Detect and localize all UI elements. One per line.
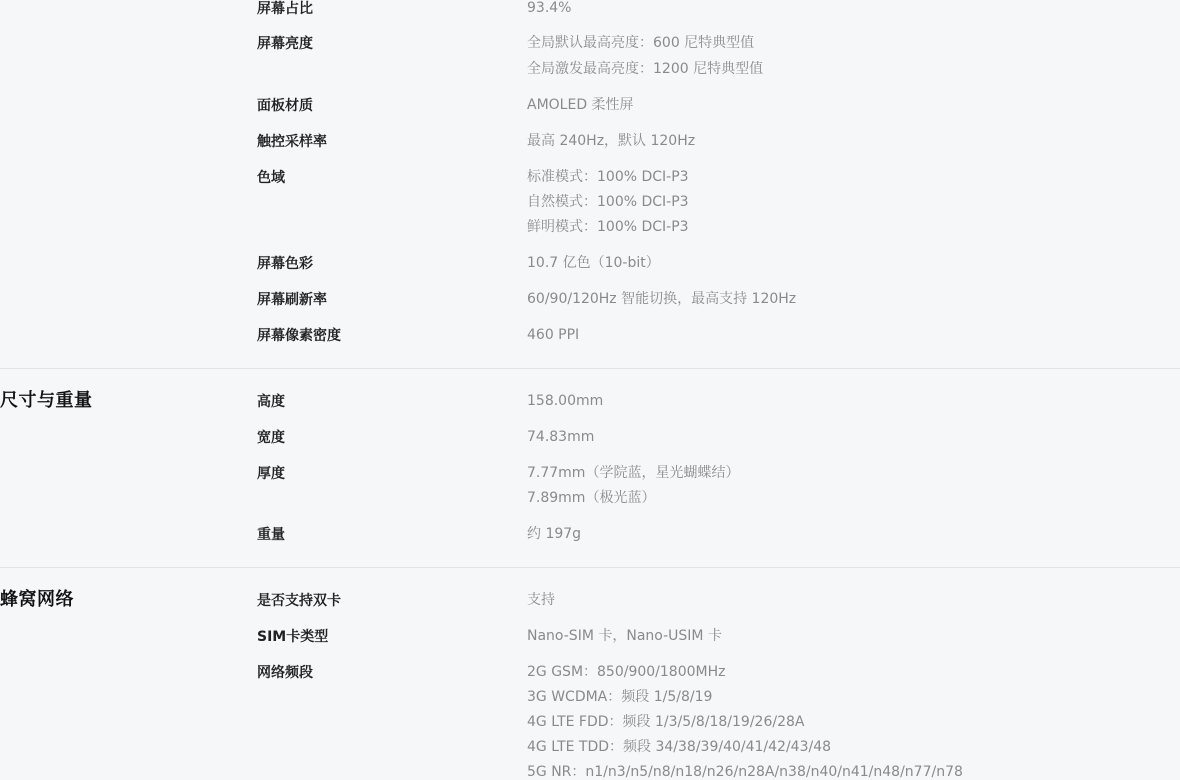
- spec-values: 74.83mm: [527, 429, 594, 450]
- spec-label: SIM卡类型: [257, 628, 328, 646]
- spec-value: Nano-SIM 卡，Nano-USIM 卡: [527, 624, 722, 649]
- spec-value: 全局默认最高亮度：600 尼特典型值: [527, 31, 763, 56]
- spec-value: 4G LTE FDD：频段 1/3/5/8/18/19/26/28A: [527, 710, 963, 735]
- spec-value: 2G GSM：850/900/1800MHz: [527, 660, 963, 685]
- spec-value: AMOLED 柔性屏: [527, 93, 634, 118]
- spec-value: 3G WCDMA：频段 1/5/8/19: [527, 685, 963, 710]
- spec-label: 面板材质: [257, 97, 313, 115]
- spec-label: 屏幕占比: [257, 0, 313, 18]
- spec-label: 厚度: [257, 465, 285, 483]
- section-title-cellular: 蜂窝网络: [0, 588, 74, 612]
- spec-values: 7.77mm（学院蓝，星光蝴蝶结） 7.89mm（极光蓝）: [527, 465, 739, 511]
- section-divider: [0, 567, 1180, 568]
- spec-values: 最高 240Hz，默认 120Hz: [527, 133, 695, 154]
- spec-label: 重量: [257, 526, 285, 544]
- spec-values: AMOLED 柔性屏: [527, 97, 634, 118]
- spec-label: 高度: [257, 393, 285, 411]
- spec-value: 7.77mm（学院蓝，星光蝴蝶结）: [527, 461, 739, 486]
- spec-value: 93.4%: [527, 0, 571, 21]
- spec-label: 色域: [257, 169, 285, 187]
- spec-label: 宽度: [257, 429, 285, 447]
- spec-value: 支持: [527, 588, 555, 613]
- spec-page: 屏幕占比 93.4% 屏幕亮度 全局默认最高亮度：600 尼特典型值 全局激发最…: [0, 0, 1180, 780]
- spec-values: 2G GSM：850/900/1800MHz 3G WCDMA：频段 1/5/8…: [527, 664, 963, 780]
- section-title-size-weight: 尺寸与重量: [0, 389, 93, 413]
- spec-label: 屏幕刷新率: [257, 291, 327, 309]
- spec-values: 10.7 亿色（10-bit）: [527, 255, 660, 276]
- spec-label: 屏幕色彩: [257, 255, 313, 273]
- spec-value: 约 197g: [527, 522, 581, 547]
- spec-value: 标准模式：100% DCI-P3: [527, 165, 689, 190]
- spec-values: 158.00mm: [527, 393, 603, 414]
- spec-value: 自然模式：100% DCI-P3: [527, 190, 689, 215]
- spec-value: 60/90/120Hz 智能切换，最高支持 120Hz: [527, 287, 796, 312]
- spec-value: 460 PPI: [527, 323, 579, 348]
- spec-label: 是否支持双卡: [257, 592, 341, 610]
- spec-value: 7.89mm（极光蓝）: [527, 486, 739, 511]
- spec-label: 屏幕亮度: [257, 35, 313, 53]
- spec-value: 5G NR：n1/n3/n5/n8/n18/n26/n28A/n38/n40/n…: [527, 760, 963, 780]
- spec-values: 支持: [527, 592, 555, 613]
- spec-values: 标准模式：100% DCI-P3 自然模式：100% DCI-P3 鲜明模式：1…: [527, 169, 689, 240]
- spec-values: Nano-SIM 卡，Nano-USIM 卡: [527, 628, 722, 649]
- spec-value: 最高 240Hz，默认 120Hz: [527, 129, 695, 154]
- spec-values: 460 PPI: [527, 327, 579, 348]
- spec-value: 4G LTE TDD：频段 34/38/39/40/41/42/43/48: [527, 735, 963, 760]
- spec-label: 屏幕像素密度: [257, 327, 341, 345]
- section-divider: [0, 368, 1180, 369]
- spec-values: 93.4%: [527, 0, 571, 21]
- spec-values: 全局默认最高亮度：600 尼特典型值 全局激发最高亮度：1200 尼特典型值: [527, 35, 763, 82]
- spec-value: 74.83mm: [527, 425, 594, 450]
- spec-values: 60/90/120Hz 智能切换，最高支持 120Hz: [527, 291, 796, 312]
- spec-label: 触控采样率: [257, 133, 327, 151]
- spec-values: 约 197g: [527, 526, 581, 547]
- spec-value: 10.7 亿色（10-bit）: [527, 251, 660, 276]
- spec-value: 158.00mm: [527, 389, 603, 414]
- spec-label: 网络频段: [257, 664, 313, 682]
- spec-value: 鲜明模式：100% DCI-P3: [527, 215, 689, 240]
- spec-value: 全局激发最高亮度：1200 尼特典型值: [527, 57, 763, 82]
